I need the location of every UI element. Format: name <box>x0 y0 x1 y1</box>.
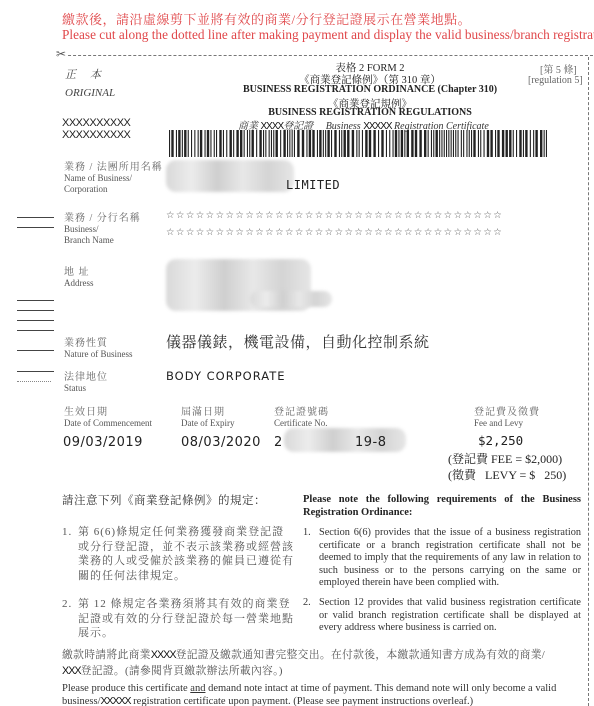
address-label: 地 址 Address <box>64 267 94 289</box>
ordinance-title-en: BUSINESS REGISTRATION ORDINANCE (Chapter… <box>200 84 540 95</box>
margin-mark <box>17 217 54 218</box>
margin-mark <box>17 310 54 311</box>
nature-label-en: Nature of Business <box>64 349 133 360</box>
margin-mark <box>17 381 51 382</box>
footer-en-emphasis: and <box>190 683 205 694</box>
regulation-ref-zh: [第 5 條] <box>540 61 577 76</box>
fee-breakdown: (登記費 FEE = $2,000) <box>448 450 562 467</box>
levy-breakdown: (徵費 LEVY = $ 250) <box>448 466 566 483</box>
nature-label-zh: 業務性質 <box>64 338 133 349</box>
margin-mark <box>17 320 54 321</box>
commencement-label: 生效日期 Date of Commencement <box>64 407 152 429</box>
note-en-item: 2. Section 12 provides that valid busine… <box>303 597 581 635</box>
margin-mark <box>17 300 54 301</box>
nature-label: 業務性質 Nature of Business <box>64 338 133 360</box>
expiry-label-en: Date of Expiry <box>181 418 234 429</box>
address-label-en: Address <box>64 278 94 289</box>
footer-en-redacted: XXXXX <box>101 695 131 706</box>
expiry-label-zh: 屆滿日期 <box>181 407 234 418</box>
branch-label: 業務 / 分行名稱 Business/ Branch Name <box>64 213 141 246</box>
note-text: Section 12 provides that valid business … <box>319 597 581 635</box>
expiry-label: 屆滿日期 Date of Expiry <box>181 407 234 429</box>
redacted-code-line-2: XXXXXXXXXX <box>62 129 130 141</box>
footer-en-text: Please produce this certificate <box>62 683 190 694</box>
branch-name-line-2: ☆☆☆☆☆☆☆☆☆☆☆☆☆☆☆☆☆☆☆☆☆☆☆☆☆☆☆☆☆☆☆☆☆☆ <box>166 227 503 238</box>
redacted-certificate-no <box>284 428 406 452</box>
note-text: Section 6(6) provides that the issue of … <box>319 527 581 590</box>
status-label-zh: 法律地位 <box>64 372 108 383</box>
margin-mark <box>17 371 54 372</box>
name-label-zh: 業務 / 法團所用名稱 <box>64 162 163 173</box>
note-number: 1. <box>303 527 311 540</box>
fee-label: 登記費及徵費 Fee and Levy <box>474 407 540 429</box>
note-number: 1. <box>62 525 72 540</box>
commencement-label-zh: 生效日期 <box>64 407 152 418</box>
branch-name-line-1: ☆☆☆☆☆☆☆☆☆☆☆☆☆☆☆☆☆☆☆☆☆☆☆☆☆☆☆☆☆☆☆☆☆☆ <box>166 210 503 221</box>
certificate-no-label-zh: 登記證號碼 <box>274 407 329 418</box>
note-en-item: 1. Section 6(6) provides that the issue … <box>303 527 581 590</box>
redacted-address-extra <box>250 291 332 307</box>
business-name-value: LIMITED <box>286 178 340 192</box>
notes-heading-zh: 請注意下列《商業登記條例》的規定： <box>62 492 266 508</box>
margin-mark <box>17 350 54 351</box>
notes-heading-en: Please note the following requirements o… <box>303 493 581 519</box>
branch-label-en-1: Business/ <box>64 224 141 235</box>
expiry-date: 08/03/2020 <box>181 435 261 450</box>
dotted-cut-line <box>58 55 594 56</box>
payment-notice-zh: 繳款時請將此商業XXXX登記證及繳款通知書完整交出。在付款後，本繳款通知書方成為… <box>62 647 582 679</box>
name-label-en-1: Name of Business/ <box>64 173 163 184</box>
redacted-code-line-1: XXXXXXXXXX <box>62 117 130 129</box>
status-label: 法律地位 Status <box>64 372 108 394</box>
scissors-icon: ✂ <box>56 47 68 62</box>
footer-zh-text: 登記證。(請參閱背頁繳款辦法所載內容。) <box>81 665 283 677</box>
barcode <box>169 130 549 157</box>
footer-zh-redacted: XXX <box>62 665 81 677</box>
certificate-no-prefix: 2 <box>274 435 283 450</box>
note-number: 2. <box>62 597 72 612</box>
certificate-no-suffix: 19-8 <box>355 435 387 450</box>
nature-of-business-value: 儀器儀錶，機電設備，自動化控制系統 <box>166 331 430 352</box>
redacted-business-name <box>166 160 294 192</box>
fee-label-zh: 登記費及徵費 <box>474 407 540 418</box>
name-label-en-2: Corporation <box>64 184 163 195</box>
margin-mark <box>17 330 54 331</box>
footer-zh-redacted: XXXX <box>151 649 176 661</box>
commencement-date: 09/03/2019 <box>63 435 143 450</box>
regulation-ref-en: [regulation 5] <box>528 75 583 86</box>
fee-total: $2,250 <box>478 433 523 448</box>
name-label: 業務 / 法團所用名稱 Name of Business/ Corporatio… <box>64 162 163 195</box>
fee-label-en: Fee and Levy <box>474 418 540 429</box>
commencement-label-en: Date of Commencement <box>64 418 152 429</box>
cut-instruction-zh: 繳款後，請沿虛線剪下並將有效的商業/分行登記證展示在營業地點。 <box>62 9 471 28</box>
note-text: 第 12 條規定各業務須將其有效的商業登記證或有效的分行登記證於每一營業地點展示… <box>78 597 294 641</box>
vertical-dotted-cut-line <box>588 57 589 706</box>
footer-zh-text: 登記證及繳款通知書完整交出。在付款後，本繳款通知書方成為有效的商業/ <box>176 649 546 661</box>
branch-label-en-2: Branch Name <box>64 235 141 246</box>
status-label-en: Status <box>64 383 108 394</box>
note-text: 第 6(6)條規定任何業務獲發商業登記證或分行登記證，並不表示該業務或經營該業務… <box>78 525 294 583</box>
note-zh-item: 1. 第 6(6)條規定任何業務獲發商業登記證或分行登記證，並不表示該業務或經營… <box>62 525 294 583</box>
cut-instruction-en: Please cut along the dotted line after m… <box>62 27 594 43</box>
note-zh-item: 2. 第 12 條規定各業務須將其有效的商業登記證或有效的分行登記證於每一營業地… <box>62 597 294 641</box>
address-label-zh: 地 址 <box>64 267 94 278</box>
margin-mark <box>17 227 54 228</box>
footer-en-text: registration certificate upon payment. (… <box>131 696 474 706</box>
copy-label-en: ORIGINAL <box>65 87 115 99</box>
copy-label-zh: 正本 <box>65 66 115 82</box>
certificate-no-label: 登記證號碼 Certificate No. <box>274 407 329 429</box>
branch-label-zh: 業務 / 分行名稱 <box>64 213 141 224</box>
status-value: BODY CORPORATE <box>166 369 286 383</box>
footer-zh-text: 繳款時請將此商業 <box>62 649 151 661</box>
payment-notice-en: Please produce this certificate and dema… <box>62 682 582 706</box>
note-number: 2. <box>303 597 311 610</box>
